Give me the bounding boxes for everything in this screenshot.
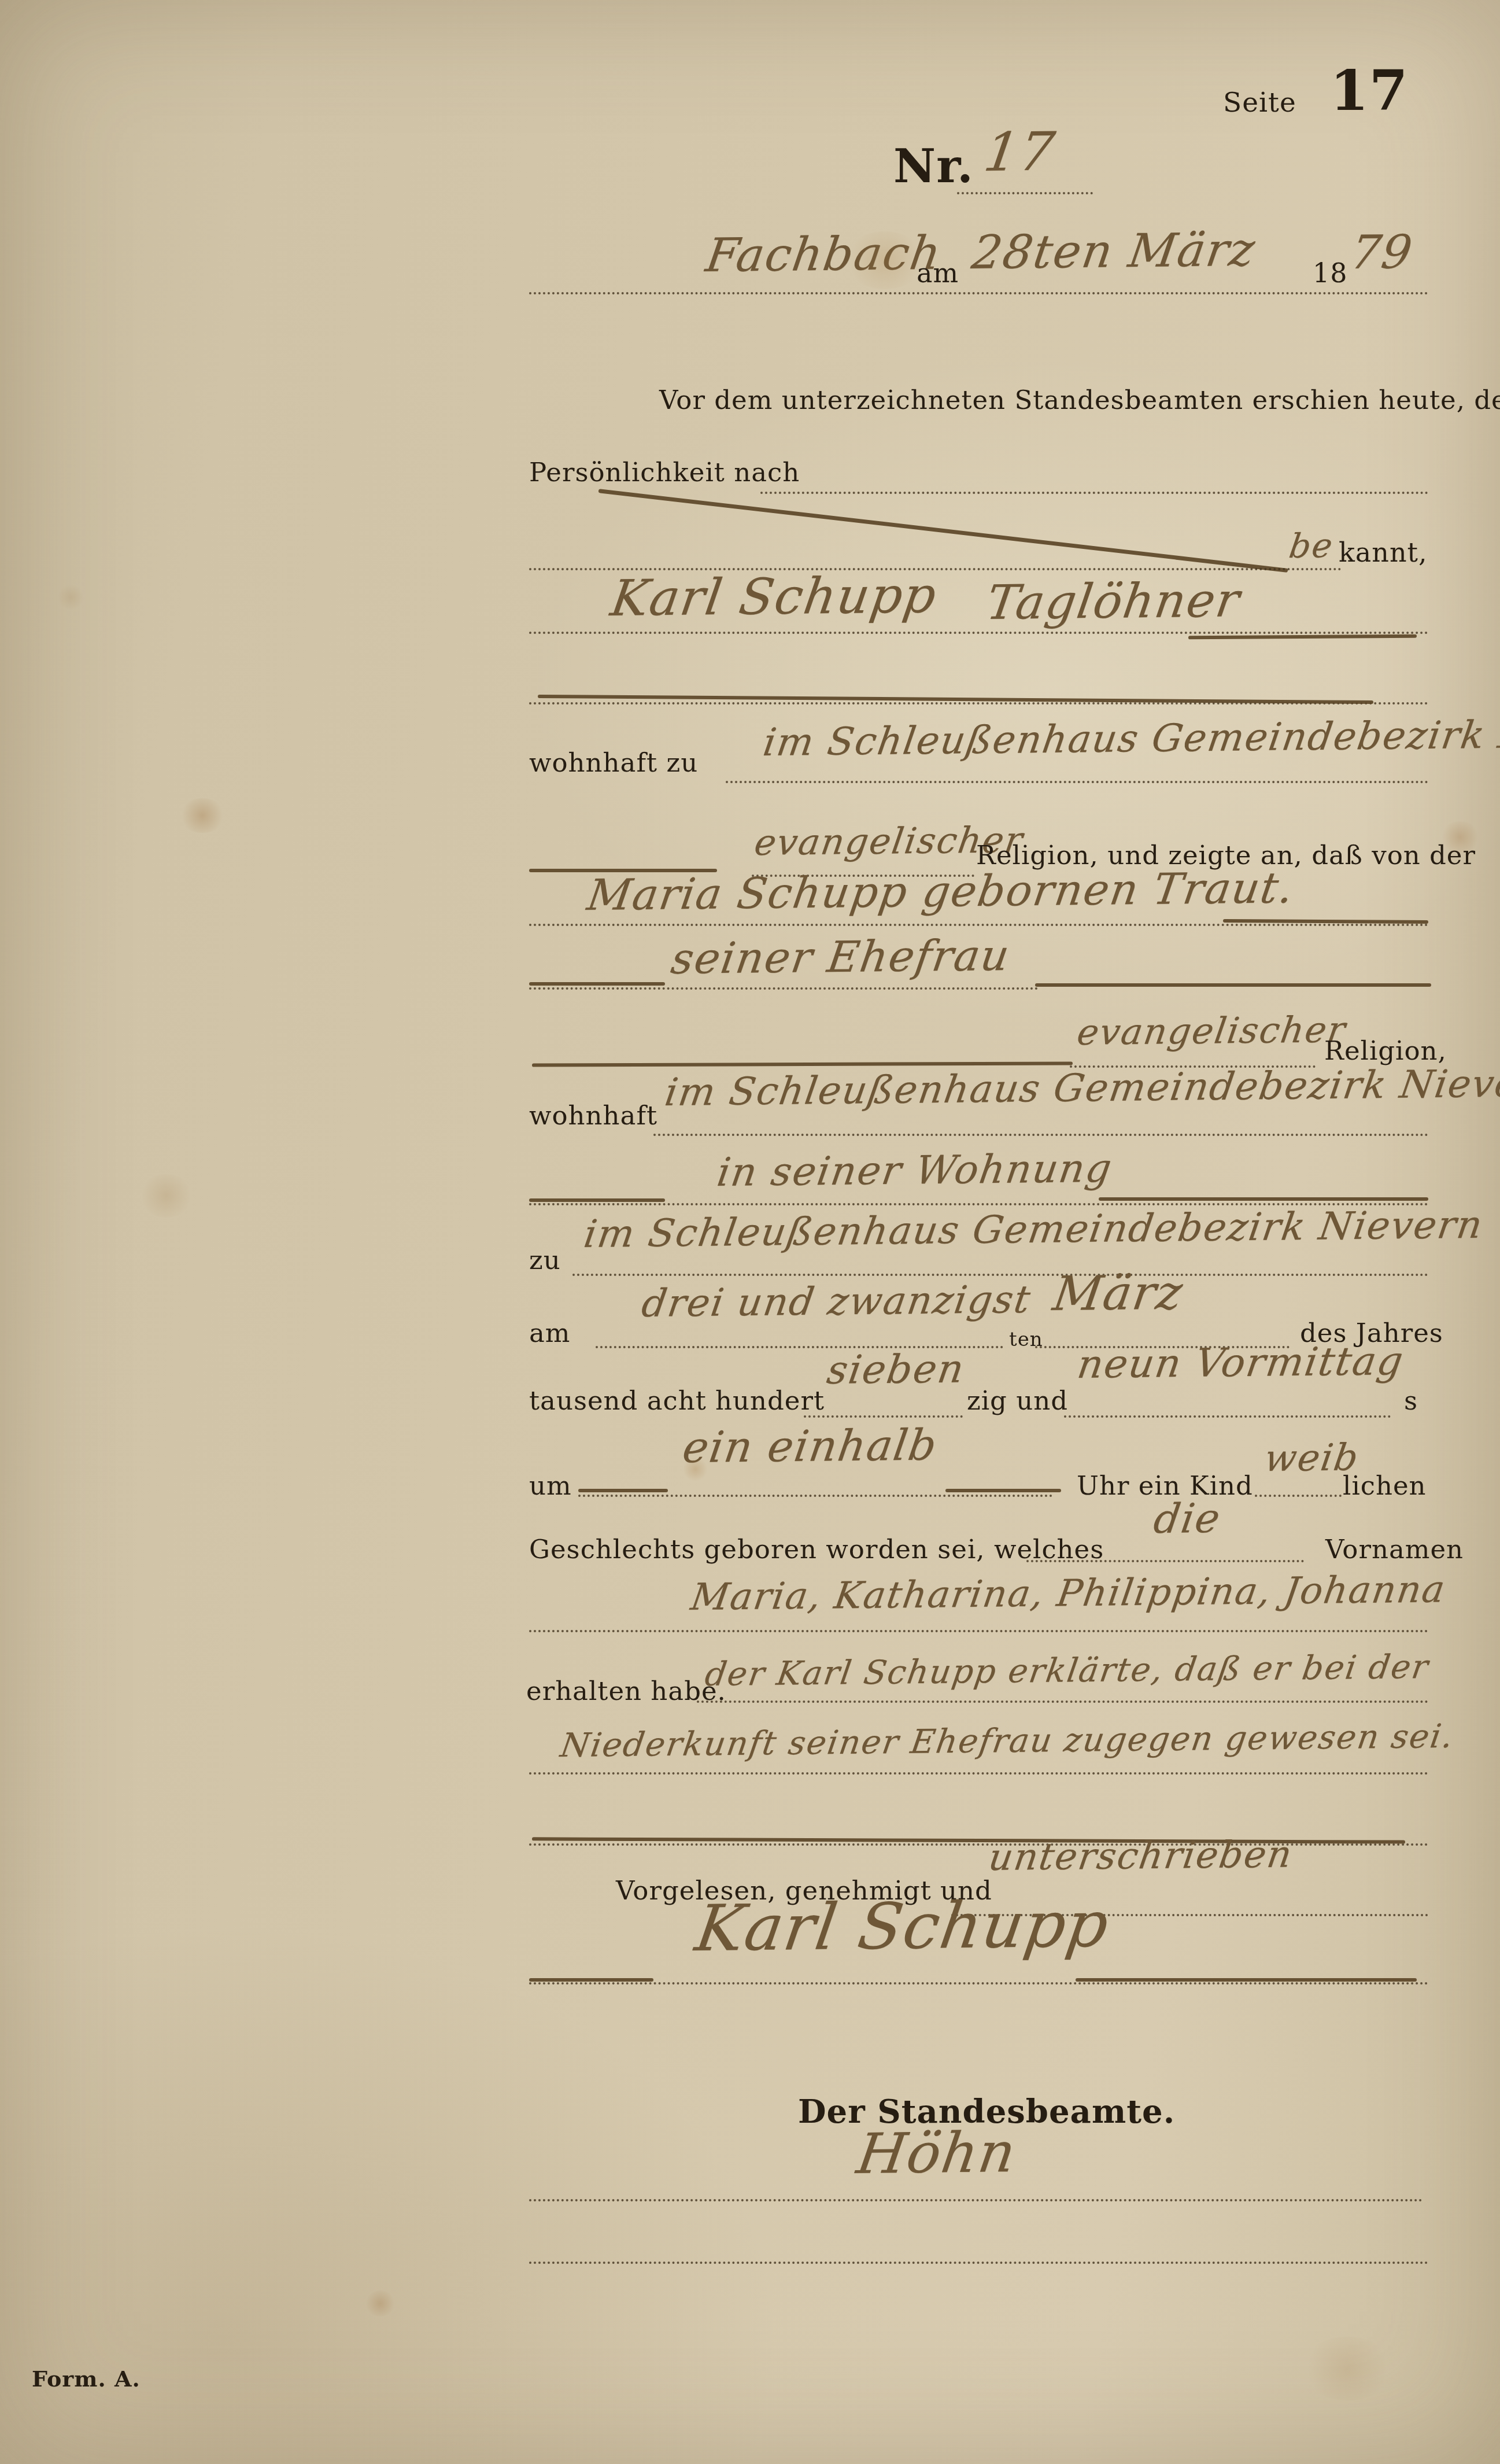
paper-stain <box>139 1174 194 1218</box>
nr-label: Nr. <box>893 139 974 193</box>
dateline-place-handwritten: Fachbach <box>703 226 945 282</box>
paper-stain <box>1301 2337 1394 2400</box>
declarant-name-handwritten: Karl Schupp <box>607 566 941 628</box>
unterschrieben-handwritten: unterschrieben <box>986 1834 1295 1879</box>
mother-handwritten: Maria Schupp gebornen Traut. <box>584 863 1298 920</box>
gender-dotted <box>1255 1495 1342 1497</box>
birth-month-handwritten: März <box>1050 1266 1187 1322</box>
signature-dotted <box>529 1982 1428 1985</box>
declarant-dotted <box>529 632 1428 634</box>
mother-dotted <box>529 924 1428 926</box>
die-dotted <box>1026 1560 1304 1562</box>
paper-stain <box>364 2290 396 2317</box>
residence-1-handwritten: im Schleußenhaus Gemeindebezirk Nievern <box>760 711 1500 765</box>
religion-2-printed: Religion, <box>1324 1035 1447 1066</box>
registrar-dotted-2 <box>529 2262 1428 2264</box>
die-handwritten: die <box>1151 1495 1224 1543</box>
statement-1-dotted <box>697 1701 1428 1703</box>
wohnhaft-zu-label: wohnhaft zu <box>529 747 698 778</box>
registrar-dotted-1 <box>529 2199 1423 2201</box>
ink-stroke-mother-right <box>1223 919 1428 924</box>
lichen-suffix-printed: lichen <box>1343 1470 1427 1501</box>
ehefrau-handwritten: seiner Ehefrau <box>668 931 1013 984</box>
document-page: Seite 17 Nr. 17 Fachbach am 28ten März 1… <box>0 0 1500 2464</box>
decade-handwritten: sieben <box>824 1347 968 1393</box>
ink-stroke-hour-right <box>945 1489 1061 1492</box>
seite-label: Seite <box>1223 87 1296 119</box>
paper-stain <box>179 798 226 833</box>
dateline-year-printed: 18 <box>1313 257 1348 289</box>
unit-time-dotted <box>1064 1415 1391 1418</box>
dateline-dotted <box>529 292 1428 294</box>
zu-label: zu <box>529 1245 561 1275</box>
ink-stroke-ehefrau-left <box>529 982 665 986</box>
intro-line: Vor dem unterzeichneten Standesbeamten e… <box>659 385 1500 415</box>
statement-2-handwritten: Niederkunft seiner Ehefrau zugegen gewes… <box>558 1717 1457 1765</box>
wohnhaft-label: wohnhaft <box>529 1100 657 1131</box>
nr-dotted-line <box>957 192 1093 194</box>
form-label: Form. A. <box>32 2366 141 2392</box>
child-names-handwritten: Maria, Katharina, Philippina, Johanna <box>688 1568 1449 1619</box>
birth-hour-dotted <box>578 1495 1052 1497</box>
birth-day-handwritten: drei und zwanzigst <box>639 1277 1034 1326</box>
registrar-signature-handwritten: Höhn <box>853 2120 1021 2186</box>
religion-2-handwritten: evangelischer <box>1074 1008 1349 1053</box>
residence-2-handwritten: im Schleußenhaus Gemeindebezirk Nievern <box>662 1061 1500 1115</box>
decade-dotted <box>804 1415 963 1418</box>
ink-stroke-hour-left <box>578 1489 668 1492</box>
dateline-year-handwritten: 79 <box>1347 225 1417 279</box>
persoenlichkeit-label: Persönlichkeit nach <box>529 457 800 488</box>
declarant-signature-handwritten: Karl Schupp <box>691 1887 1114 1965</box>
vornamen-label: Vornamen <box>1325 1534 1464 1565</box>
statement-2-dotted <box>529 1772 1428 1775</box>
residence-3-handwritten: im Schleußenhaus Gemeindebezirk Nievern <box>581 1203 1486 1256</box>
ehefrau-dotted <box>529 987 1038 990</box>
wohnung-handwritten: in seiner Wohnung <box>714 1146 1115 1196</box>
be-handwritten: be <box>1287 526 1336 566</box>
s-suffix-printed: s <box>1404 1385 1418 1416</box>
tausend-label: tausend acht hundert <box>529 1385 825 1416</box>
ink-stroke-wohnung-right <box>1099 1197 1428 1201</box>
residence-3-dotted <box>572 1274 1428 1276</box>
birth-hour-handwritten: ein einhalb <box>679 1420 941 1473</box>
residence-2-dotted <box>653 1134 1428 1136</box>
ink-stroke-signature-right <box>1076 1978 1417 1982</box>
paper-stain <box>58 584 84 610</box>
ink-stroke-signature-left <box>529 1978 653 1982</box>
kannt-printed: kannt, <box>1339 537 1428 568</box>
unit-time-handwritten: neun Vormittag <box>1074 1338 1407 1388</box>
ink-stroke-wohnung-left <box>529 1198 665 1202</box>
declarant-occupation-handwritten: Taglöhner <box>983 573 1244 630</box>
dateline-am-label: am <box>917 257 959 289</box>
um-label: um <box>529 1470 572 1501</box>
geschlechts-line: Geschlechts geboren worden sei, welches <box>529 1534 1104 1565</box>
ink-stroke-ehefrau-right <box>1035 983 1431 987</box>
statement-1-handwritten: der Karl Schupp erklärte, daß er bei der <box>703 1648 1432 1694</box>
zig-und-label: zig und <box>967 1385 1068 1416</box>
child-names-dotted <box>529 1630 1428 1632</box>
ink-stroke-declarant-right <box>1188 635 1417 640</box>
am-label: am <box>529 1318 571 1348</box>
ink-stroke-diagonal <box>598 489 1288 573</box>
residence-1-dotted <box>726 781 1428 783</box>
persoenlichkeit-dotted <box>760 492 1428 494</box>
dateline-daymonth-handwritten: 28ten März <box>969 223 1259 279</box>
nr-value-handwritten: 17 <box>980 121 1059 183</box>
page-number: 17 <box>1330 58 1409 123</box>
